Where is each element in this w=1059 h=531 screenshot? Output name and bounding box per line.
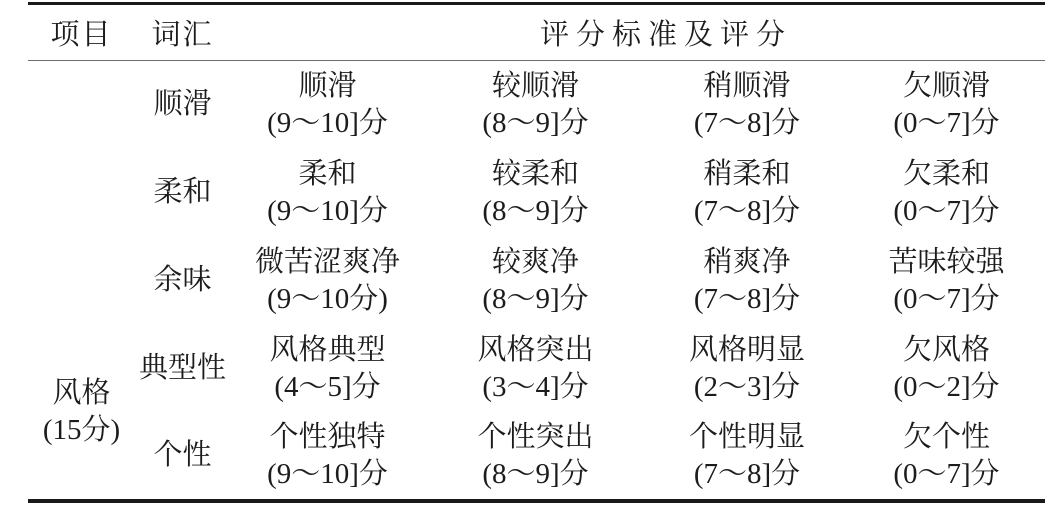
criteria-score: (9～10分) [230,281,425,318]
item-group-name: 风格 [28,375,135,412]
criteria-score: (9～10]分 [230,193,425,230]
item-cell-empty [28,61,135,325]
criteria-score: (7～8]分 [646,193,848,230]
criteria-score: (7～8]分 [646,456,848,493]
criteria-label: 苦味较强 [848,244,1045,281]
criteria-label: 个性独特 [230,419,425,456]
criteria-score: (9～10]分 [230,456,425,493]
criteria-label: 柔和 [230,156,425,193]
term-cell: 柔和 [135,149,230,237]
term-cell: 余味 [135,237,230,325]
term-cell: 典型性 [135,325,230,413]
criteria-score: (3～4]分 [425,369,646,406]
item-group-cell: 风格 (15分) [28,325,135,501]
term-cell: 个性 [135,413,230,501]
criteria-cell: 个性明显 (7～8]分 [646,413,848,501]
header-row: 项目 词汇 评分标准及评分 [28,4,1045,61]
header-term: 词汇 [135,4,230,61]
criteria-label: 稍柔和 [646,156,848,193]
scoring-criteria-table: 项目 词汇 评分标准及评分 顺滑 顺滑 (9～10]分 较顺滑 (8～9]分 稍… [28,2,1045,503]
criteria-score: (0～7]分 [848,105,1045,142]
criteria-score: (9～10]分 [230,105,425,142]
criteria-label: 风格突出 [425,332,646,369]
criteria-cell: 较爽净 (8～9]分 [425,237,646,325]
criteria-cell: 较顺滑 (8～9]分 [425,61,646,149]
criteria-cell: 稍顺滑 (7～8]分 [646,61,848,149]
criteria-score: (0～7]分 [848,193,1045,230]
criteria-cell: 柔和 (9～10]分 [230,149,425,237]
table-row: 余味 微苦涩爽净 (9～10分) 较爽净 (8～9]分 稍爽净 (7～8]分 苦… [28,237,1045,325]
criteria-cell: 苦味较强 (0～7]分 [848,237,1045,325]
criteria-label: 欠个性 [848,419,1045,456]
criteria-label: 欠风格 [848,332,1045,369]
header-item: 项目 [28,4,135,61]
criteria-cell: 稍爽净 (7～8]分 [646,237,848,325]
criteria-label: 微苦涩爽净 [230,244,425,281]
criteria-score: (7～8]分 [646,105,848,142]
criteria-label: 欠柔和 [848,156,1045,193]
criteria-cell: 欠顺滑 (0～7]分 [848,61,1045,149]
criteria-label: 风格明显 [646,332,848,369]
header-criteria: 评分标准及评分 [230,4,1045,61]
criteria-cell: 欠柔和 (0～7]分 [848,149,1045,237]
criteria-cell: 风格典型 (4～5]分 [230,325,425,413]
criteria-score: (8～9]分 [425,105,646,142]
criteria-cell: 稍柔和 (7～8]分 [646,149,848,237]
criteria-score: (0～7]分 [848,456,1045,493]
criteria-label: 较柔和 [425,156,646,193]
table-row: 个性 个性独特 (9～10]分 个性突出 (8～9]分 个性明显 (7～8]分 … [28,413,1045,501]
criteria-label: 稍爽净 [646,244,848,281]
criteria-label: 较顺滑 [425,68,646,105]
criteria-cell: 微苦涩爽净 (9～10分) [230,237,425,325]
criteria-label: 风格典型 [230,332,425,369]
criteria-score: (8～9]分 [425,193,646,230]
criteria-label: 较爽净 [425,244,646,281]
criteria-cell: 较柔和 (8～9]分 [425,149,646,237]
criteria-cell: 风格明显 (2～3]分 [646,325,848,413]
criteria-cell: 个性突出 (8～9]分 [425,413,646,501]
criteria-score: (4～5]分 [230,369,425,406]
criteria-score: (0～7]分 [848,281,1045,318]
criteria-score: (2～3]分 [646,369,848,406]
criteria-score: (8～9]分 [425,456,646,493]
criteria-cell: 欠个性 (0～7]分 [848,413,1045,501]
criteria-cell: 风格突出 (3～4]分 [425,325,646,413]
criteria-score: (8～9]分 [425,281,646,318]
criteria-label: 个性明显 [646,419,848,456]
criteria-label: 个性突出 [425,419,646,456]
item-group-points: (15分) [28,412,135,449]
table-row: 柔和 柔和 (9～10]分 较柔和 (8～9]分 稍柔和 (7～8]分 欠柔和 … [28,149,1045,237]
criteria-cell: 欠风格 (0～2]分 [848,325,1045,413]
criteria-label: 顺滑 [230,68,425,105]
criteria-cell: 个性独特 (9～10]分 [230,413,425,501]
criteria-score: (7～8]分 [646,281,848,318]
table-row: 风格 (15分) 典型性 风格典型 (4～5]分 风格突出 (3～4]分 风格明… [28,325,1045,413]
criteria-cell: 顺滑 (9～10]分 [230,61,425,149]
term-cell: 顺滑 [135,61,230,149]
criteria-score: (0～2]分 [848,369,1045,406]
criteria-label: 欠顺滑 [848,68,1045,105]
criteria-label: 稍顺滑 [646,68,848,105]
table-row: 顺滑 顺滑 (9～10]分 较顺滑 (8～9]分 稍顺滑 (7～8]分 欠顺滑 … [28,61,1045,149]
